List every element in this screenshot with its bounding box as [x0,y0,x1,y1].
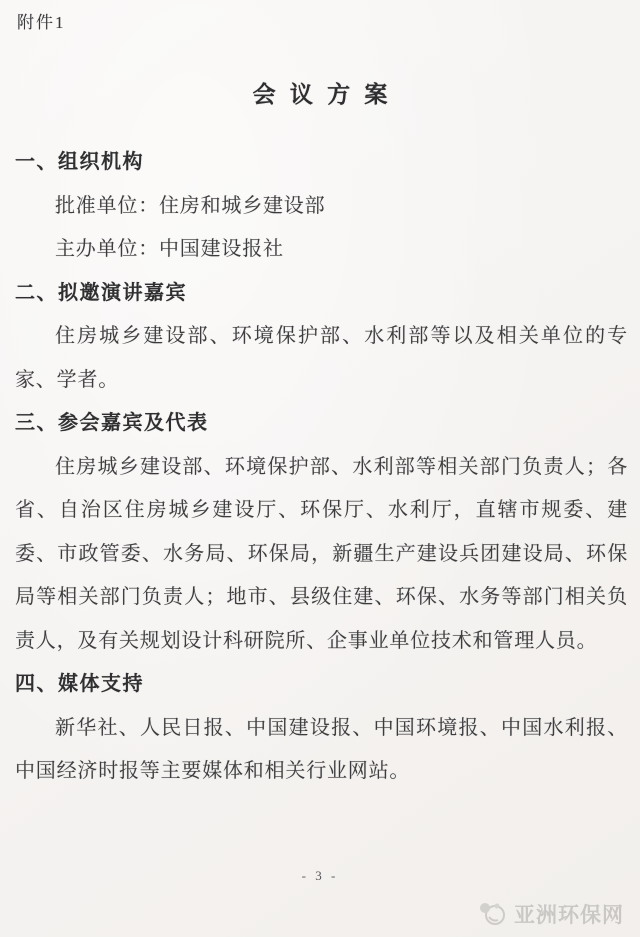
document-title: 会议方案 [0,76,640,109]
section-heading-attendees: 三、参会嘉宾及代表 [15,402,628,446]
watermark: 亚洲环保网 [477,899,624,929]
section-heading-media-support: 四、媒体支持 [15,663,628,707]
document-body: 一、组织机构 批准单位：住房和城乡建设部 主办单位：中国建设报社 二、拟邀演讲嘉… [15,141,628,794]
paragraph-approving-unit: 批准单位：住房和城乡建设部 [15,185,628,229]
page-number: - 3 - [0,868,640,884]
paragraph-invited-speakers: 住房城乡建设部、环境保护部、水利部等以及相关单位的专家、学者。 [15,315,628,402]
paragraph-hosting-unit: 主办单位：中国建设报社 [15,228,628,272]
section-heading-organization: 一、组织机构 [15,141,628,185]
paragraph-media-support: 新华社、人民日报、中国建设报、中国环境报、中国水利报、中国经济时报等主要媒体和相… [15,707,628,794]
panda-globe-logo-icon [477,900,509,928]
watermark-text: 亚洲环保网 [514,899,624,929]
attachment-label: 附件1 [17,8,66,33]
scanned-document-page: 附件1 会议方案 一、组织机构 批准单位：住房和城乡建设部 主办单位：中国建设报… [0,0,640,937]
section-heading-invited-speakers: 二、拟邀演讲嘉宾 [15,272,628,316]
paragraph-attendees: 住房城乡建设部、环境保护部、水利部等相关部门负责人；各省、自治区住房城乡建设厅、… [15,446,628,664]
